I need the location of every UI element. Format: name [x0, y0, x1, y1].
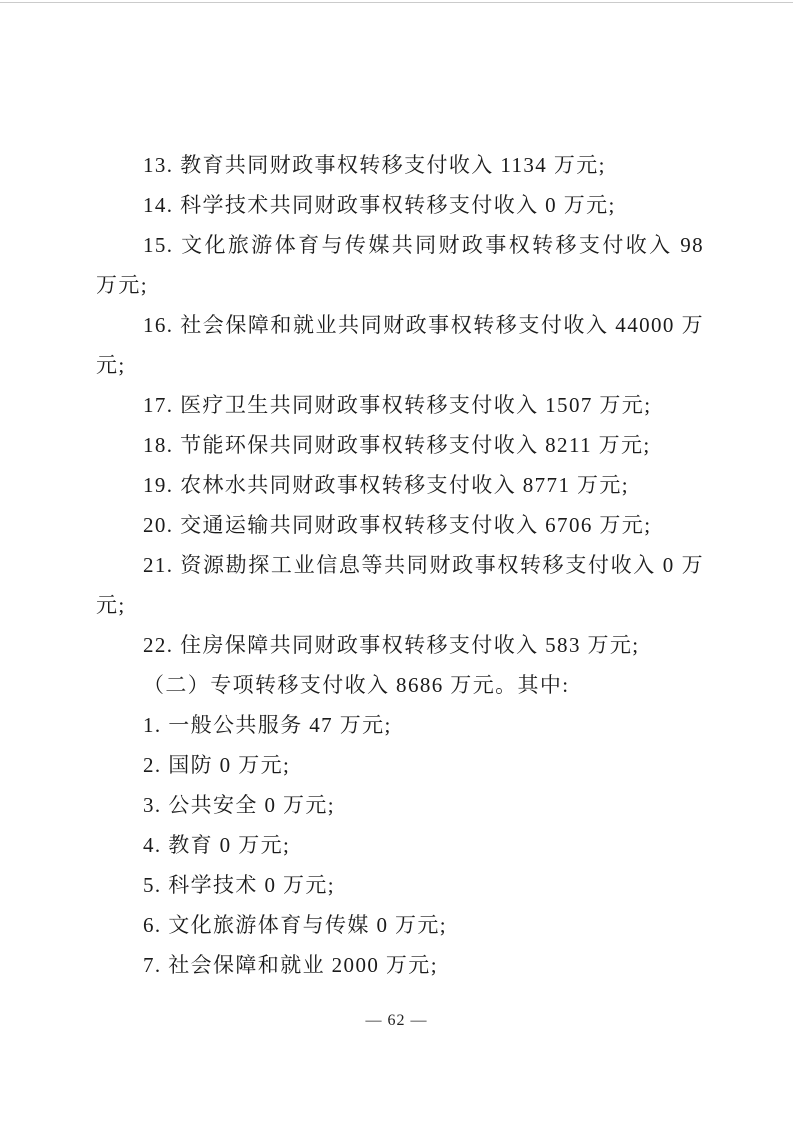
paragraph: 5. 科学技术 0 万元; — [96, 865, 704, 905]
paragraph: 2. 国防 0 万元; — [96, 745, 704, 785]
paragraph: 15. 文化旅游体育与传媒共同财政事权转移支付收入 98 万元; — [96, 225, 704, 305]
paragraph: 13. 教育共同财政事权转移支付收入 1134 万元; — [96, 145, 704, 185]
paragraph: （二）专项转移支付收入 8686 万元。其中: — [96, 665, 704, 705]
paragraph: 6. 文化旅游体育与传媒 0 万元; — [96, 905, 704, 945]
paragraph: 20. 交通运输共同财政事权转移支付收入 6706 万元; — [96, 505, 704, 545]
paragraph: 18. 节能环保共同财政事权转移支付收入 8211 万元; — [96, 425, 704, 465]
paragraph: 3. 公共安全 0 万元; — [96, 785, 704, 825]
paragraph: 7. 社会保障和就业 2000 万元; — [96, 945, 704, 985]
paragraph: 22. 住房保障共同财政事权转移支付收入 583 万元; — [96, 625, 704, 665]
paragraph: 4. 教育 0 万元; — [96, 825, 704, 865]
paragraph: 1. 一般公共服务 47 万元; — [96, 705, 704, 745]
paragraph: 14. 科学技术共同财政事权转移支付收入 0 万元; — [96, 185, 704, 225]
paragraph: 21. 资源勘探工业信息等共同财政事权转移支付收入 0 万元; — [96, 545, 704, 625]
paragraph: 19. 农林水共同财政事权转移支付收入 8771 万元; — [96, 465, 704, 505]
page-top-edge — [0, 2, 793, 3]
page-footer: — 62 — — [0, 1012, 793, 1030]
paragraph: 16. 社会保障和就业共同财政事权转移支付收入 44000 万元; — [96, 305, 704, 385]
paragraph: 17. 医疗卫生共同财政事权转移支付收入 1507 万元; — [96, 385, 704, 425]
document-body: 13. 教育共同财政事权转移支付收入 1134 万元; 14. 科学技术共同财政… — [96, 145, 704, 985]
page-number: — 62 — — [366, 1012, 428, 1029]
